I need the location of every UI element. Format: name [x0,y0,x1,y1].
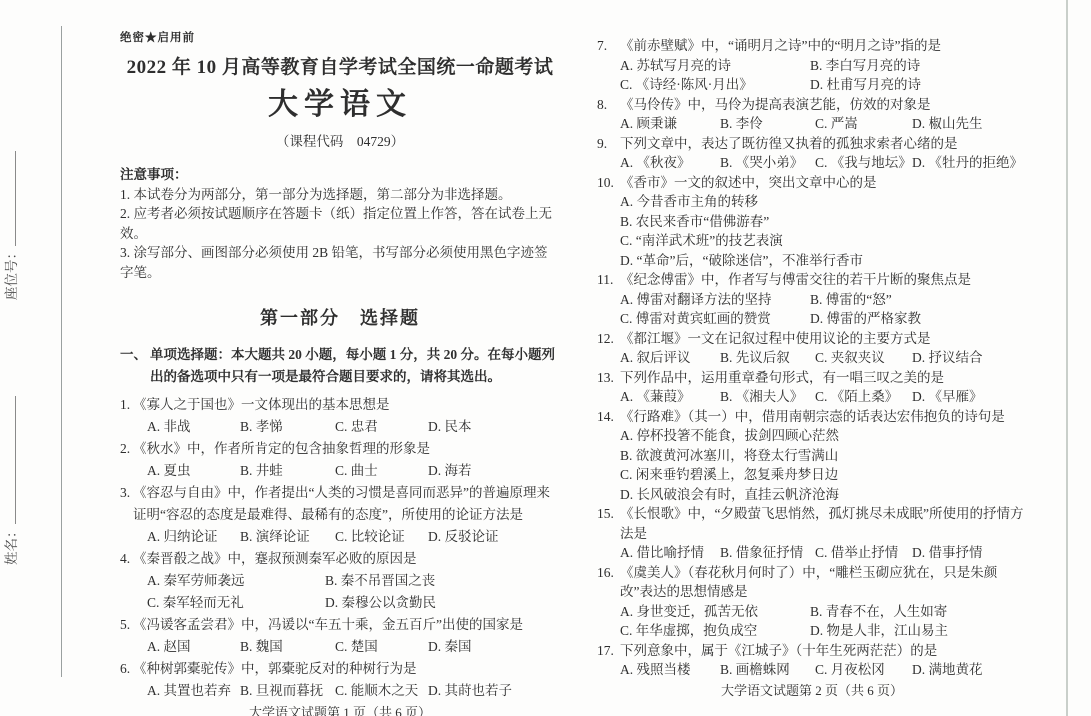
option: D. “革命”后，“破除迷信”，不准举行香市 [620,251,1027,271]
security-notice: 绝密★启用前 [120,31,560,45]
option: C. 《我与地坛》 [815,153,912,173]
option: C. 傅雷对黄宾虹画的赞赏 [620,309,810,329]
options: A. 残照当楼B. 画檐蛛网C. 月夜松冈D. 满地黄花 [620,660,1027,680]
question-number: 14. [597,407,620,427]
option: D. 杜甫写月亮的诗 [810,75,1027,95]
option: B. 农民来香市“借佛游春” [620,212,1027,232]
options: A. 身世变迁，孤苦无依B. 青春不在，人生如寄C. 年华虚掷，抱负成空D. 物… [620,602,1027,641]
options: A. 苏轼写月亮的诗B. 李白写月亮的诗C. 《诗经·陈风·月出》D. 杜甫写月… [620,56,1027,95]
question-number: 8. [597,95,620,115]
question-number: 6. [120,658,133,680]
seat-number-blank-line [2,151,16,246]
question-stem-row: 14.《行路难》（其一）中，借用南朝宗悫的话表达宏伟抱负的诗句是 [597,407,1027,427]
option: D. 秦穆公以贪勤民 [325,592,560,614]
section-instructions: 一、 单项选择题：本大题共 20 小题，每小题 1 分，共 20 分。在每小题列… [120,344,560,388]
question-stem: 《都江堰》一文在记叙过程中使用议论的主要方式是 [620,329,1027,349]
question-10: 10.《香市》一文的叙述中，突出文章中心的是A. 今昔香市主角的转移B. 农民来… [597,173,1027,271]
question-3: 3.《容忍与自由》中，作者提出“人类的习惯是喜同而恶异”的普遍原理来证明“容忍的… [120,482,560,548]
question-stem-row: 7.《前赤壁赋》中，“诵明月之诗”中的“明月之诗”指的是 [597,36,1027,56]
option: A. 叙后评议 [620,348,720,368]
question-stem-row: 15.《长恨歌》中，“夕殿萤飞思悄然，孤灯挑尽未成眠”所使用的抒情方法是 [597,504,1027,543]
question-number: 1. [120,394,133,416]
option: A. 《蒹葭》 [620,387,720,407]
question-14: 14.《行路难》（其一）中，借用南朝宗悫的话表达宏伟抱负的诗句是A. 停杯投箸不… [597,407,1027,505]
question-stem-row: 10.《香市》一文的叙述中，突出文章中心的是 [597,173,1027,193]
options: A. 《秋夜》B. 《哭小弟》C. 《我与地坛》D. 《牡丹的拒绝》 [620,153,1027,173]
notice-item: 2. 应考者必须按试题顺序在答题卡（纸）指定位置上作答，答在试卷上无效。 [120,204,560,243]
question-5: 5.《冯谖客孟尝君》中，冯谖以“车五十乘，金五百斤”出使的国家是A. 赵国B. … [120,614,560,658]
question-number: 4. [120,548,133,570]
options: A. 停杯投箸不能食，拔剑四顾心茫然B. 欲渡黄河冰塞川，将登太行雪满山C. 闲… [620,426,1027,504]
option: C. 秦军轻而无礼 [147,592,325,614]
option: C. 楚国 [335,636,428,658]
questions-page-1: 1.《寡人之于国也》一文体现出的基本思想是A. 非战B. 孝悌C. 忠君D. 民… [120,394,560,702]
question-number: 7. [597,36,620,56]
question-stem: 下列作品中，运用重章叠句形式，有一唱三叹之美的是 [620,368,1027,388]
options: A. 赵国B. 魏国C. 楚国D. 秦国 [147,636,560,658]
question-15: 15.《长恨歌》中，“夕殿萤飞思悄然，孤灯挑尽未成眠”所使用的抒情方法是A. 借… [597,504,1027,563]
options: A. 归纳论证B. 演绎论证C. 比较论证D. 反驳论证 [147,526,560,548]
question-number: 17. [597,641,620,661]
question-number: 2. [120,438,133,460]
option: C. 借举止抒情 [815,543,912,563]
option: C. 《诗经·陈风·月出》 [620,75,810,95]
option: D. 其莳也若子 [428,680,560,702]
options: A. 秦军劳师袭远B. 秦不吊晋国之丧C. 秦军轻而无礼D. 秦穆公以贪勤民 [147,570,560,614]
exam-notice: 注意事项： 1. 本试卷分为两部分，第一部分为选择题，第二部分为非选择题。2. … [120,165,560,282]
option: B. 欲渡黄河冰塞川，将登太行雪满山 [620,446,1027,466]
question-12: 12.《都江堰》一文在记叙过程中使用议论的主要方式是A. 叙后评议B. 先议后叙… [597,329,1027,368]
option: B. 《湘夫人》 [720,387,815,407]
question-6: 6.《种树郭橐驼传》中，郭橐驼反对的种树行为是A. 其置也若弃B. 旦视而暮抚C… [120,658,560,702]
part-one-title: 第一部分 选择题 [120,306,560,330]
question-stem: 《纪念傅雷》中，作者写与傅雷交往的若干片断的聚焦点是 [620,270,1027,290]
option: C. 闲来垂钓碧溪上，忽复乘舟梦日边 [620,465,1027,485]
option: C. “南洋武术班”的技艺表演 [620,231,1027,251]
notice-item: 3. 涂写部分、画图部分必须使用 2B 铅笔，书写部分必须使用黑色字迹签字笔。 [120,243,560,282]
option: B. 傅雷的“怒” [810,290,1027,310]
options: A. 傅雷对翻译方法的坚持B. 傅雷的“怒”C. 傅雷对黄宾虹画的赞赏D. 傅雷… [620,290,1027,329]
question-number: 10. [597,173,620,193]
option: B. 井蛙 [240,460,335,482]
option: B. 李伶 [720,114,815,134]
question-stem-row: 17.下列意象中，属于《江城子》（十年生死两茫茫）的是 [597,641,1027,661]
question-stem-row: 9.下列文章中，表达了既彷徨又执着的孤独求索者心绪的是 [597,134,1027,154]
question-stem: 《容忍与自由》中，作者提出“人类的习惯是喜同而恶异”的普遍原理来证明“容忍的态度… [133,482,560,526]
option: A. 赵国 [147,636,240,658]
section-instructions-text: 单项选择题：本大题共 20 小题，每小题 1 分，共 20 分。在每小题列出的备… [150,344,560,388]
question-8: 8.《马伶传》中，马伶为提高表演艺能，仿效的对象是A. 顾秉谦B. 李伶C. 严… [597,95,1027,134]
question-stem-row: 16.《虞美人》（春花秋月何时了）中，“雕栏玉砌应犹在，只是朱颜改”表达的思想情… [597,563,1027,602]
options: A. 非战B. 孝悌C. 忠君D. 民本 [147,416,560,438]
question-stem-row: 11.《纪念傅雷》中，作者写与傅雷交往的若干片断的聚焦点是 [597,270,1027,290]
section-marker: 一、 [120,344,150,388]
option: D. 海若 [428,460,560,482]
option: C. 忠君 [335,416,428,438]
question-stem-row: 13.下列作品中，运用重章叠句形式，有一唱三叹之美的是 [597,368,1027,388]
exam-page-1: 绝密★启用前 2022 年 10 月高等教育自学考试全国统一命题考试 大学语文 … [120,25,560,716]
question-16: 16.《虞美人》（春花秋月何时了）中，“雕栏玉砌应犹在，只是朱颜改”表达的思想情… [597,563,1027,641]
option: B. 先议后叙 [720,348,815,368]
option: D. 满地黄花 [912,660,1027,680]
option: D. 抒议结合 [912,348,1027,368]
question-stem-row: 6.《种树郭橐驼传》中，郭橐驼反对的种树行为是 [120,658,560,680]
option: A. 借比喻抒情 [620,543,720,563]
subject-title: 大学语文 [120,85,560,125]
option: C. 年华虚掷，抱负成空 [620,621,810,641]
question-4: 4.《秦晋殽之战》中，蹇叔预测秦军必败的原因是A. 秦军劳师袭远B. 秦不吊晋国… [120,548,560,614]
option: C. 夹叙夹议 [815,348,912,368]
option: D. 《牡丹的拒绝》 [912,153,1027,173]
question-stem-row: 3.《容忍与自由》中，作者提出“人类的习惯是喜同而恶异”的普遍原理来证明“容忍的… [120,482,560,526]
question-2: 2.《秋水》中，作者所肯定的包含抽象哲理的形象是A. 夏虫B. 井蛙C. 曲士D… [120,438,560,482]
question-stem: 《虞美人》（春花秋月何时了）中，“雕栏玉砌应犹在，只是朱颜改”表达的思想情感是 [620,563,1027,602]
option: B. 《哭小弟》 [720,153,815,173]
question-stem: 下列文章中，表达了既彷徨又执着的孤独求索者心绪的是 [620,134,1027,154]
question-number: 16. [597,563,620,602]
option: C. 比较论证 [335,526,428,548]
question-number: 11. [597,270,620,290]
option: B. 演绎论证 [240,526,335,548]
option: C. 严嵩 [815,114,912,134]
option: A. 残照当楼 [620,660,720,680]
option: C. 月夜松冈 [815,660,912,680]
option: B. 秦不吊晋国之丧 [325,570,560,592]
option: A. 秦军劳师袭远 [147,570,325,592]
option: A. 归纳论证 [147,526,240,548]
page-fold-line-left [61,26,62,677]
question-stem: 《前赤壁赋》中，“诵明月之诗”中的“明月之诗”指的是 [620,36,1027,56]
name-label: 姓名： [4,525,19,566]
scanned-exam-sheet: 座位号： 姓名： 绝密★启用前 2022 年 10 月高等教育自学考试全国统一命… [0,0,1091,716]
question-stem-row: 5.《冯谖客孟尝君》中，冯谖以“车五十乘，金五百斤”出使的国家是 [120,614,560,636]
notice-items: 1. 本试卷分为两部分，第一部分为选择题，第二部分为非选择题。2. 应考者必须按… [120,185,560,283]
option: B. 青春不在，人生如寄 [810,602,1027,622]
option: D. 反驳论证 [428,526,560,548]
question-number: 3. [120,482,133,526]
option: A. 顾秉谦 [620,114,720,134]
option: B. 孝悌 [240,416,335,438]
options: A. 顾秉谦B. 李伶C. 严嵩D. 椒山先生 [620,114,1027,134]
questions-page-2: 7.《前赤壁赋》中，“诵明月之诗”中的“明月之诗”指的是A. 苏轼写月亮的诗B.… [597,36,1027,680]
option: D. 长风破浪会有时，直挂云帆济沧海 [620,485,1027,505]
question-stem: 《香市》一文的叙述中，突出文章中心的是 [620,173,1027,193]
option: A. 其置也若弃 [147,680,240,702]
exam-page-2: 7.《前赤壁赋》中，“诵明月之诗”中的“明月之诗”指的是A. 苏轼写月亮的诗B.… [597,30,1027,700]
question-stem: 《行路难》（其一）中，借用南朝宗悫的话表达宏伟抱负的诗句是 [620,407,1027,427]
exam-session-title: 2022 年 10 月高等教育自学考试全国统一命题考试 [120,55,560,81]
option: D. 《早雁》 [912,387,1027,407]
notice-title: 注意事项： [120,165,560,185]
question-number: 9. [597,134,620,154]
option: B. 画檐蛛网 [720,660,815,680]
page-2-footer: 大学语文试题第 2 页（共 6 页） [597,682,1027,700]
question-stem-row: 8.《马伶传》中，马伶为提高表演艺能，仿效的对象是 [597,95,1027,115]
name-field: 姓名： [2,397,22,566]
option: A. 非战 [147,416,240,438]
question-number: 5. [120,614,133,636]
question-stem: 《寡人之于国也》一文体现出的基本思想是 [133,394,560,416]
options: A. 叙后评议B. 先议后叙C. 夹叙夹议D. 抒议结合 [620,348,1027,368]
question-stem-row: 4.《秦晋殽之战》中，蹇叔预测秦军必败的原因是 [120,548,560,570]
question-stem: 《长恨歌》中，“夕殿萤飞思悄然，孤灯挑尽未成眠”所使用的抒情方法是 [620,504,1027,543]
question-stem: 《种树郭橐驼传》中，郭橐驼反对的种树行为是 [133,658,560,680]
seat-number-label: 座位号： [4,246,19,300]
option: A. 夏虫 [147,460,240,482]
option: B. 李白写月亮的诗 [810,56,1027,76]
option: D. 民本 [428,416,560,438]
option: B. 借象征抒情 [720,543,815,563]
question-number: 13. [597,368,620,388]
question-17: 17.下列意象中，属于《江城子》（十年生死两茫茫）的是A. 残照当楼B. 画檐蛛… [597,641,1027,680]
option: A. 身世变迁，孤苦无依 [620,602,810,622]
option: B. 旦视而暮抚 [240,680,335,702]
question-9: 9.下列文章中，表达了既彷徨又执着的孤独求索者心绪的是A. 《秋夜》B. 《哭小… [597,134,1027,173]
name-blank-line [2,397,16,525]
question-13: 13.下列作品中，运用重章叠句形式，有一唱三叹之美的是A. 《蒹葭》B. 《湘夫… [597,368,1027,407]
notice-item: 1. 本试卷分为两部分，第一部分为选择题，第二部分为非选择题。 [120,185,560,205]
option: C. 《陌上桑》 [815,387,912,407]
course-code: （课程代码 04729） [120,133,560,151]
question-stem: 《冯谖客孟尝君》中，冯谖以“车五十乘，金五百斤”出使的国家是 [133,614,560,636]
option: A. 今昔香市主角的转移 [620,192,1027,212]
question-stem-row: 2.《秋水》中，作者所肯定的包含抽象哲理的形象是 [120,438,560,460]
option: D. 椒山先生 [912,114,1027,134]
question-stem-row: 1.《寡人之于国也》一文体现出的基本思想是 [120,394,560,416]
option: D. 物是人非，江山易主 [810,621,1027,641]
option: D. 傅雷的严格家教 [810,309,1027,329]
question-stem: 下列意象中，属于《江城子》（十年生死两茫茫）的是 [620,641,1027,661]
option: A. 《秋夜》 [620,153,720,173]
page-edge-line-right [1066,0,1068,716]
option: D. 秦国 [428,636,560,658]
option: C. 曲士 [335,460,428,482]
options: A. 其置也若弃B. 旦视而暮抚C. 能顺木之天D. 其莳也若子 [147,680,560,702]
options: A. 借比喻抒情B. 借象征抒情C. 借举止抒情D. 借事抒情 [620,543,1027,563]
question-7: 7.《前赤壁赋》中，“诵明月之诗”中的“明月之诗”指的是A. 苏轼写月亮的诗B.… [597,36,1027,95]
page-1-footer: 大学语文试题第 1 页（共 6 页） [120,704,560,716]
option: C. 能顺木之天 [335,680,428,702]
question-1: 1.《寡人之于国也》一文体现出的基本思想是A. 非战B. 孝悌C. 忠君D. 民… [120,394,560,438]
option: B. 魏国 [240,636,335,658]
question-stem: 《马伶传》中，马伶为提高表演艺能，仿效的对象是 [620,95,1027,115]
options: A. 《蒹葭》B. 《湘夫人》C. 《陌上桑》D. 《早雁》 [620,387,1027,407]
question-stem-row: 12.《都江堰》一文在记叙过程中使用议论的主要方式是 [597,329,1027,349]
option: A. 傅雷对翻译方法的坚持 [620,290,810,310]
option: D. 借事抒情 [912,543,1027,563]
question-number: 12. [597,329,620,349]
option: A. 停杯投箸不能食，拔剑四顾心茫然 [620,426,1027,446]
option: A. 苏轼写月亮的诗 [620,56,810,76]
seat-number-field: 座位号： [2,151,22,300]
question-stem: 《秦晋殽之战》中，蹇叔预测秦军必败的原因是 [133,548,560,570]
options: A. 夏虫B. 井蛙C. 曲士D. 海若 [147,460,560,482]
question-stem: 《秋水》中，作者所肯定的包含抽象哲理的形象是 [133,438,560,460]
options: A. 今昔香市主角的转移B. 农民来香市“借佛游春”C. “南洋武术班”的技艺表… [620,192,1027,270]
question-11: 11.《纪念傅雷》中，作者写与傅雷交往的若干片断的聚焦点是A. 傅雷对翻译方法的… [597,270,1027,329]
question-number: 15. [597,504,620,543]
